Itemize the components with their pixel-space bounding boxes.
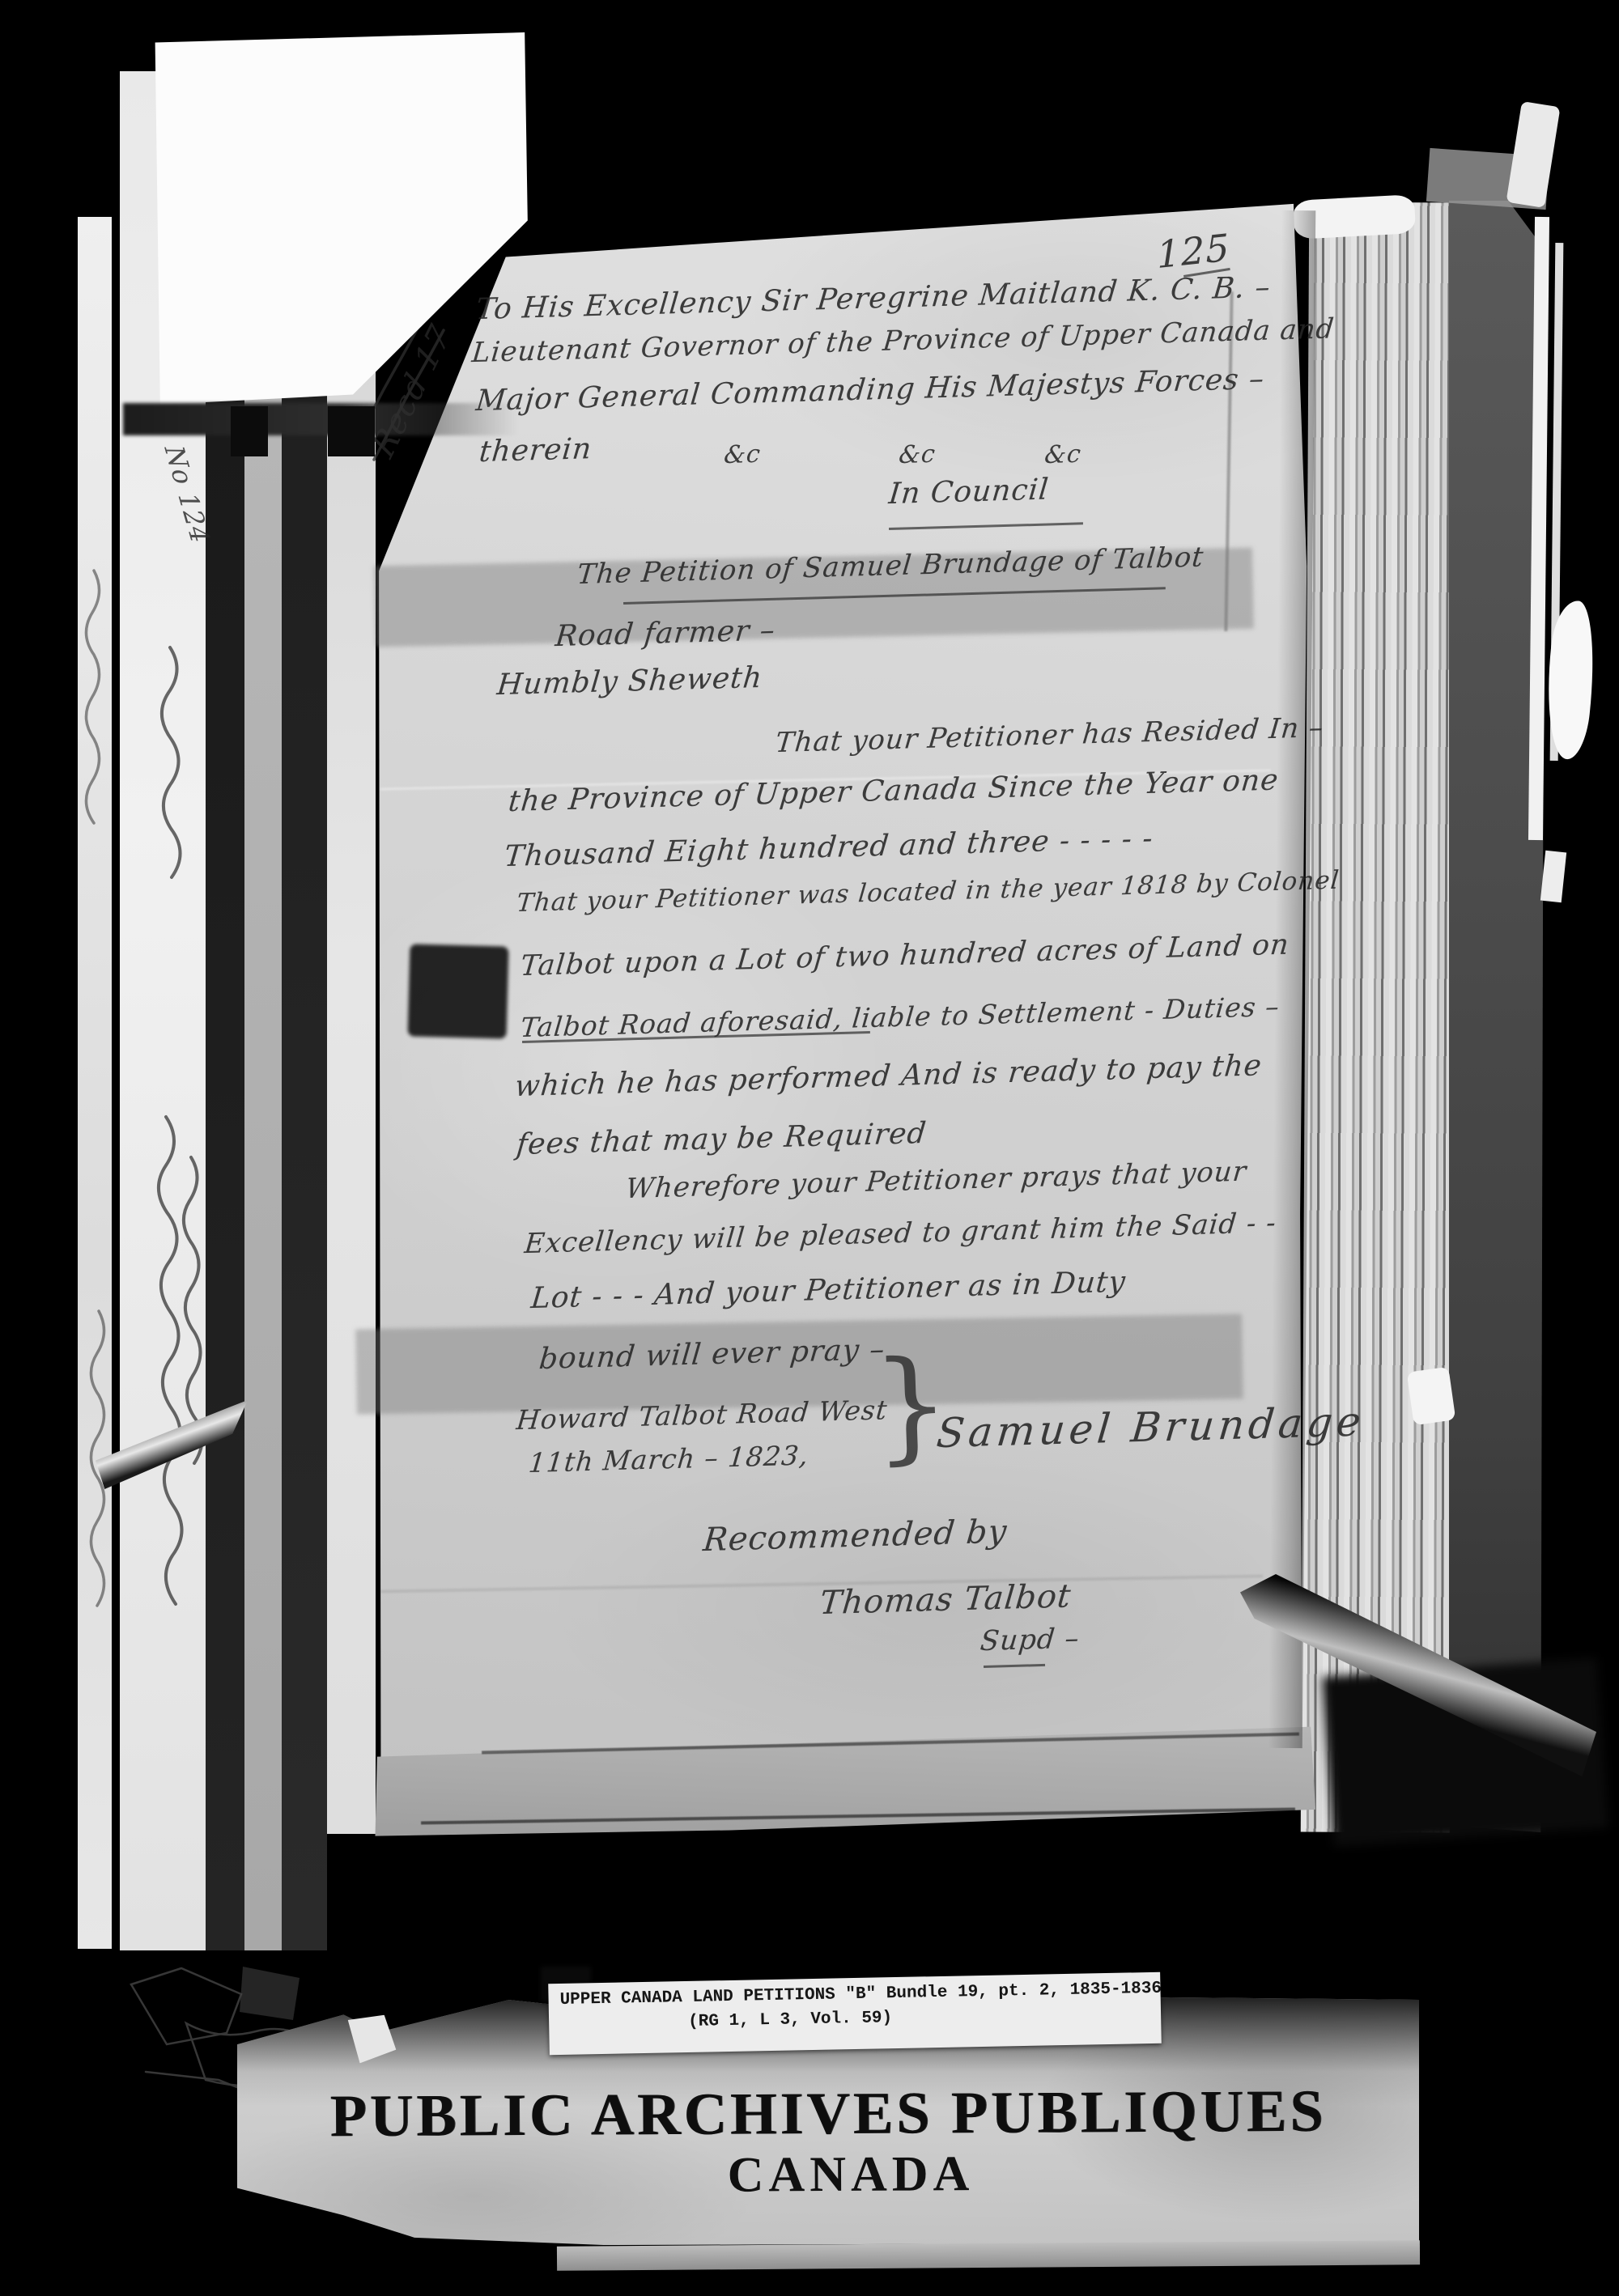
typed-reference-label: UPPER CANADA LAND PETITIONS "B" Bundle 1… [548,1972,1162,2055]
archives-banner-subtitle: CANADA [237,2143,1419,2207]
petition-line: Road farmer – [554,613,777,653]
ink-blot [408,944,509,1038]
page-edge-strip [78,217,112,1949]
paper-curl [1540,599,1601,762]
banner-under-layer [557,2240,1420,2270]
paper-fragment [1506,101,1560,208]
stacked-pages-edge [1301,202,1459,1833]
microfilm-scan: To His Excellency Sir Peregrine Maitland… [0,0,1619,2296]
shadow-smear [123,403,518,435]
etc-mark: &c [723,440,763,469]
dark-tab [328,406,375,456]
book-cover-edge [1449,201,1545,1832]
etc-mark: &c [1043,440,1083,469]
petition-line: therein [478,432,593,469]
petition-line: In Council [887,473,1050,511]
recommendation-title: Supd – [979,1623,1081,1658]
archives-banner-title: PUBLIC ARCHIVES PUBLIQUES [237,2077,1419,2152]
paper-sliver [1540,851,1566,902]
paper-fleck [1407,1367,1456,1426]
dark-tab [231,406,268,456]
recommendation-signature: Thomas Talbot [818,1577,1073,1622]
etc-mark: &c [898,440,937,469]
